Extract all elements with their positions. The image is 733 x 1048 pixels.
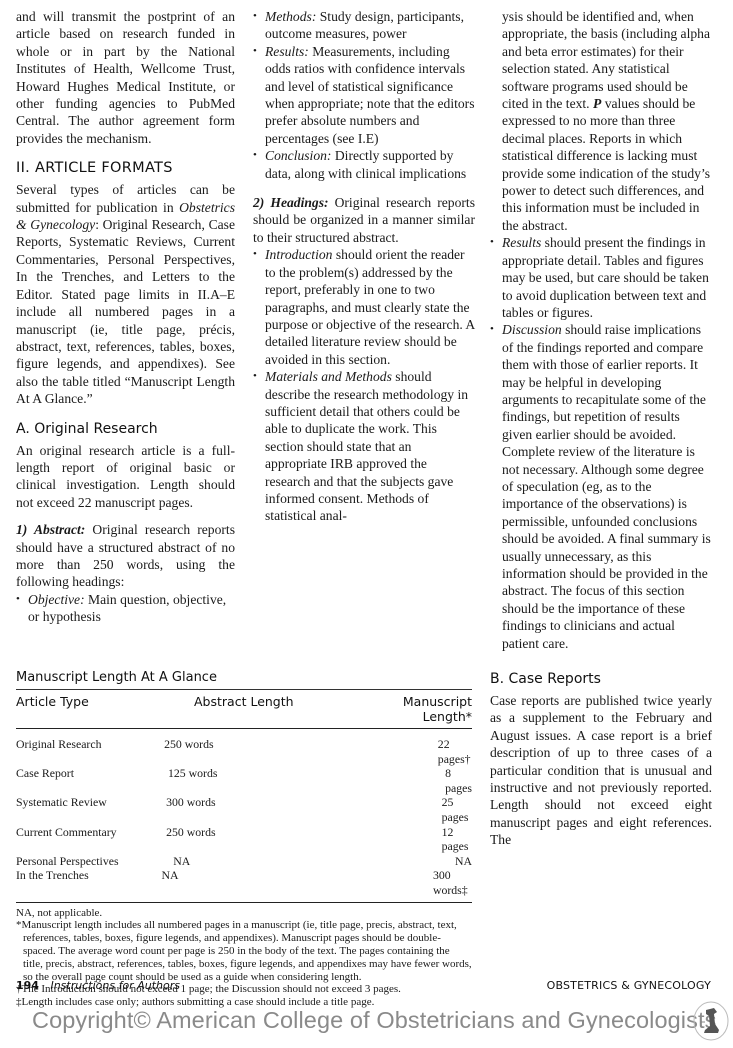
table-row: Systematic Review 300 words 25 pages — [16, 795, 472, 824]
abstract-paragraph: 1) Abstract: Original research reports s… — [16, 521, 235, 591]
methods-continuation: ysis should be identified and, when appr… — [490, 8, 712, 234]
formats-text-b: : Original Research, Case Reports, Syste… — [16, 217, 235, 406]
section-heading-article-formats: II. ARTICLE FORMATS — [16, 159, 235, 177]
table-cell: 300 words — [146, 795, 281, 824]
table-body: Original Research 250 words 22 pages† Ca… — [16, 729, 472, 903]
list-item: Conclusion: Directly supported by data, … — [253, 147, 475, 182]
table-row: In the Trenches NA 300 words‡ — [16, 868, 472, 897]
running-title: Instructions for Authors — [50, 979, 180, 992]
headings-runin-heading: 2) Headings: — [253, 195, 329, 210]
results-discussion-list: Results should present the findings in a… — [490, 234, 712, 652]
table-cell: In the Trenches — [16, 868, 142, 897]
page-footer: 194 Instructions for Authors OBSTETRICS … — [16, 979, 711, 995]
original-research-paragraph: An original research article is a full-l… — [16, 442, 235, 512]
list-item: Results: Measurements, including odds ra… — [253, 43, 475, 147]
table-cell: 25 pages — [282, 795, 472, 824]
intro-paragraph: and will transmit the postprint of an ar… — [16, 8, 235, 147]
column-header: Abstract Length — [194, 694, 352, 724]
bullet-text: should describe the research methodology… — [265, 369, 468, 523]
table-row: Personal Perspectives NA NA — [16, 854, 472, 869]
bullet-term: Methods: — [265, 9, 316, 24]
headings-paragraph: 2) Headings: Original research reports s… — [253, 194, 475, 246]
column-2: Methods: Study design, participants, out… — [253, 8, 475, 525]
table-cell: 12 pages — [282, 825, 472, 854]
table-cell: 300 words‡ — [273, 868, 472, 897]
case-reports-paragraph: Case reports are published twice yearly … — [490, 692, 712, 849]
footnote-na: NA, not applicable. — [16, 907, 472, 920]
table-cell: Systematic Review — [16, 795, 146, 824]
bullet-term: Discussion — [502, 322, 562, 337]
page-number: 194 — [16, 979, 39, 992]
table-row: Case Report 125 words 8 pages — [16, 766, 472, 795]
abstract-headings-list: Objective: Main question, objective, or … — [16, 591, 235, 626]
continuation-text-b: values should be expressed to no more th… — [502, 96, 710, 233]
column-1: and will transmit the postprint of an ar… — [16, 8, 235, 626]
bullet-term: Materials and Methods — [265, 369, 392, 384]
journal-name: OBSTETRICS & GYNECOLOGY — [547, 979, 711, 992]
list-item: Methods: Study design, participants, out… — [253, 8, 475, 43]
bullet-term: Introduction — [265, 247, 332, 262]
table-header-row: Article Type Abstract Length Manuscript … — [16, 690, 472, 729]
bullet-term: Conclusion: — [265, 148, 331, 163]
table-cell: Case Report — [16, 766, 148, 795]
acog-seal-icon — [692, 1000, 730, 1042]
table-cell: NA — [142, 868, 273, 897]
table-cell: Current Commentary — [16, 825, 146, 854]
abstract-headings-list-cont: Methods: Study design, participants, out… — [253, 8, 475, 182]
footnote-asterisk: *Manuscript length includes all numbered… — [16, 919, 472, 983]
bullet-term: Objective: — [28, 592, 85, 607]
bullet-term: Results — [502, 235, 541, 250]
abstract-runin-heading: 1) Abstract: — [16, 522, 85, 537]
list-item: Discussion should raise implications of … — [490, 321, 712, 652]
bullet-text: should raise implications of the finding… — [502, 322, 711, 650]
column-header: Article Type — [16, 694, 194, 724]
column-header: Manuscript Length* — [352, 694, 472, 724]
table-cell: 250 words — [144, 737, 278, 766]
table-cell: Original Research — [16, 737, 144, 766]
manuscript-length-table: Manuscript Length At A Glance Article Ty… — [16, 670, 472, 1009]
column-3: ysis should be identified and, when appr… — [490, 8, 712, 849]
formats-paragraph: Several types of articles can be submitt… — [16, 181, 235, 407]
bullet-text: should orient the reader to the problem(… — [265, 247, 475, 366]
table-cell: 22 pages† — [278, 737, 472, 766]
table-cell: Personal Perspectives — [16, 854, 153, 869]
table-cell: 8 pages — [285, 766, 472, 795]
footnote-text: Manuscript length includes all numbered … — [22, 919, 472, 982]
table-cell: NA — [295, 854, 472, 869]
list-item: Results should present the findings in a… — [490, 234, 712, 321]
subheading-case-reports: B. Case Reports — [490, 670, 712, 688]
bullet-text: Measurements, including odds ratios with… — [265, 44, 475, 146]
list-item: Objective: Main question, objective, or … — [16, 591, 235, 626]
table-cell: 125 words — [148, 766, 285, 795]
list-item: Materials and Methods should describe th… — [253, 368, 475, 525]
table-title: Manuscript Length At A Glance — [16, 670, 472, 690]
table-row: Original Research 250 words 22 pages† — [16, 737, 472, 766]
table-cell: 250 words — [146, 825, 281, 854]
subheading-original-research: A. Original Research — [16, 420, 235, 438]
section-headings-list: Introduction should orient the reader to… — [253, 246, 475, 525]
list-item: Introduction should orient the reader to… — [253, 246, 475, 368]
copyright-notice: Copyright© American College of Obstetric… — [32, 1007, 716, 1034]
bullet-term: Results: — [265, 44, 309, 59]
table-row: Current Commentary 250 words 12 pages — [16, 825, 472, 854]
table-cell: NA — [153, 854, 295, 869]
